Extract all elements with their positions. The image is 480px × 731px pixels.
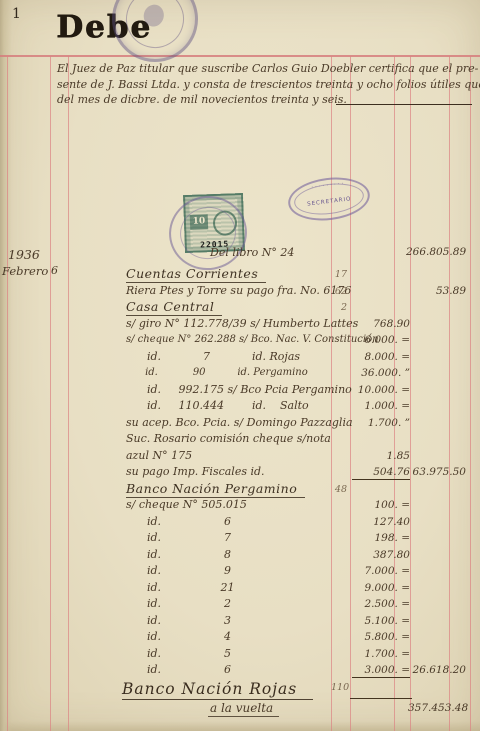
entry-description: azul N° 175 bbox=[126, 449, 192, 462]
ledger-row: id. 51.700. = bbox=[0, 646, 480, 663]
amount-column-1: 504.76 bbox=[352, 466, 410, 480]
amount-column-1: 5.100. = bbox=[352, 615, 410, 627]
amount-column-1: 8.000. = bbox=[352, 351, 410, 363]
amount-column-1: 7.000. = bbox=[352, 565, 410, 577]
entry-description: Suc. Rosario comisión cheque s/nota bbox=[126, 432, 331, 445]
carried-forward-amount: 266.805.89 bbox=[406, 246, 464, 258]
ledger-row: a la vuelta357.453.48 bbox=[0, 700, 480, 718]
ledger-row: id. 6127.40 bbox=[0, 514, 480, 531]
amount-column-2: 63.975.50 bbox=[408, 466, 466, 478]
entry-description: Banco Nación Pergamino bbox=[126, 481, 305, 498]
ink-rule bbox=[350, 698, 412, 699]
ledger-row: s/ giro N° 112.778/39 s/ Humberto Lattes… bbox=[0, 316, 480, 333]
amount-column-2: 53.89 bbox=[408, 285, 466, 297]
amount-column-2: 357.453.48 bbox=[408, 702, 466, 714]
ledger-row: id. 992.175 s/ Bco Pcia Pergamino10.000.… bbox=[0, 382, 480, 399]
amount-column-1: 3.000. = bbox=[352, 664, 410, 678]
amount-column-1: 127.40 bbox=[352, 516, 410, 528]
certificate-text: El Juez de Paz titular que suscribe Carl… bbox=[57, 61, 477, 108]
ledger-row: id. 110.444 id. Salto1.000. = bbox=[0, 398, 480, 415]
amount-column-1: 9.000. = bbox=[352, 582, 410, 594]
ledger-row: id. 63.000. =26.618.20 bbox=[0, 662, 480, 679]
date-year: 1936 bbox=[8, 247, 40, 262]
amount-column-1: 1.700. = bbox=[352, 648, 410, 660]
entry-description: su acep. Bco. Pcia. s/ Domingo Pazzaglia bbox=[126, 416, 353, 429]
ledger-row: Casa Central2 bbox=[0, 299, 480, 316]
entry-description: id. 8 bbox=[126, 548, 231, 561]
entry-description: s/ giro N° 112.778/39 s/ Humberto Lattes bbox=[126, 317, 358, 330]
ledger-rows: Cuentas Corrientes17Riera Ptes y Torre s… bbox=[0, 266, 480, 718]
ledger-row: id. 7 id. Rojas8.000. = bbox=[0, 349, 480, 366]
amount-column-1: 6.000. = bbox=[352, 334, 410, 346]
entry-description: Riera Ptes y Torre su pago fra. No. 6176 bbox=[126, 284, 351, 297]
entry-description: id. 7 id. Rojas bbox=[126, 350, 300, 363]
amount-column-1: 1.000. = bbox=[352, 400, 410, 412]
ledger-row: s/ cheque N° 505.015100. = bbox=[0, 497, 480, 514]
entry-description: s/ cheque N° 262.288 s/ Bco. Nac. V. Con… bbox=[126, 334, 379, 345]
ledger-row: id. 219.000. = bbox=[0, 580, 480, 597]
amount-column-1: 1.85 bbox=[352, 450, 410, 462]
ledger-row: su pago Imp. Fiscales id.504.7663.975.50 bbox=[0, 464, 480, 481]
ink-rule bbox=[336, 104, 472, 105]
certificate-line: sente de J. Bassi Ltda. y consta de tres… bbox=[57, 77, 477, 93]
ledger-row: id. 22.500. = bbox=[0, 596, 480, 613]
ledger-row: Banco Nación Rojas110 bbox=[0, 679, 480, 700]
entry-description: id. 6 bbox=[126, 515, 231, 528]
amount-column-1: 5.800. = bbox=[352, 631, 410, 643]
folio-number: 2 bbox=[331, 302, 347, 313]
amount-column-1: 1.700. ” bbox=[352, 417, 410, 429]
ledger-row: azul N° 1751.85 bbox=[0, 448, 480, 465]
entry-description: id. 9 bbox=[126, 564, 231, 577]
folio-number: 48 bbox=[331, 484, 347, 495]
amount-column-1: 768.90 bbox=[352, 318, 410, 330]
page-number: 1 bbox=[12, 6, 21, 22]
entry-description: Banco Nación Rojas bbox=[122, 680, 313, 700]
amount-column-1: 10.000. = bbox=[352, 384, 410, 396]
ledger-page: 1 Debe El Juez de Paz titular que suscri… bbox=[0, 0, 480, 731]
ledger-row: id. 8387.80 bbox=[0, 547, 480, 564]
entry-description: su pago Imp. Fiscales id. bbox=[126, 465, 265, 478]
entry-description: id. 4 bbox=[126, 630, 231, 643]
amount-column-1: 198. = bbox=[352, 532, 410, 544]
certificate-line: El Juez de Paz titular que suscribe Carl… bbox=[57, 61, 477, 77]
ledger-row: id. 90 id. Pergamino36.000. ” bbox=[0, 365, 480, 382]
book-reference-note: Del libro N° 24 bbox=[210, 246, 294, 259]
entry-description: s/ cheque N° 505.015 bbox=[126, 498, 247, 511]
ledger-row: id. 45.800. = bbox=[0, 629, 480, 646]
entry-description: a la vuelta bbox=[208, 701, 279, 717]
oval-stamp-label: SECRETARIO bbox=[290, 194, 368, 209]
ledger-row: id. 97.000. = bbox=[0, 563, 480, 580]
entry-description: id. 5 bbox=[126, 647, 231, 660]
entry-description: id. 992.175 s/ Bco Pcia Pergamino bbox=[126, 383, 352, 396]
entry-description: id. 3 bbox=[126, 614, 231, 627]
entry-description: Casa Central bbox=[126, 299, 222, 316]
amount-column-1: 36.000. ” bbox=[352, 367, 410, 379]
folio-number: 110 bbox=[331, 682, 347, 693]
certificate-line: del mes de dicbre. de mil novecientos tr… bbox=[57, 92, 477, 108]
ledger-row: Riera Ptes y Torre su pago fra. No. 6176… bbox=[0, 283, 480, 300]
secretary-oval-stamp-icon: SECRETARIO bbox=[286, 173, 373, 225]
ledger-row: Suc. Rosario comisión cheque s/nota bbox=[0, 431, 480, 448]
header-rule bbox=[0, 55, 480, 57]
entry-description: id. 110.444 id. Salto bbox=[126, 399, 309, 412]
amount-column-1: 387.80 bbox=[352, 549, 410, 561]
folio-number: 17 bbox=[331, 269, 347, 280]
entry-description: id. 90 id. Pergamino bbox=[126, 367, 308, 378]
amount-column-2: 26.618.20 bbox=[408, 664, 466, 676]
entry-description: id. 21 bbox=[126, 581, 234, 594]
ledger-row: id. 35.100. = bbox=[0, 613, 480, 630]
ledger-row: Cuentas Corrientes17 bbox=[0, 266, 480, 283]
amount-column-1: 100. = bbox=[352, 499, 410, 511]
amount-column-1: 2.500. = bbox=[352, 598, 410, 610]
entry-description: id. 7 bbox=[126, 531, 231, 544]
entry-description: Cuentas Corrientes bbox=[126, 266, 266, 283]
ledger-row: s/ cheque N° 262.288 s/ Bco. Nac. V. Con… bbox=[0, 332, 480, 349]
entry-description: id. 6 bbox=[126, 663, 231, 676]
folio-number: 62 bbox=[331, 286, 347, 297]
ledger-row: id. 7198. = bbox=[0, 530, 480, 547]
entry-description: id. 2 bbox=[126, 597, 231, 610]
ledger-row: Banco Nación Pergamino48 bbox=[0, 481, 480, 498]
ledger-row: su acep. Bco. Pcia. s/ Domingo Pazzaglia… bbox=[0, 415, 480, 432]
